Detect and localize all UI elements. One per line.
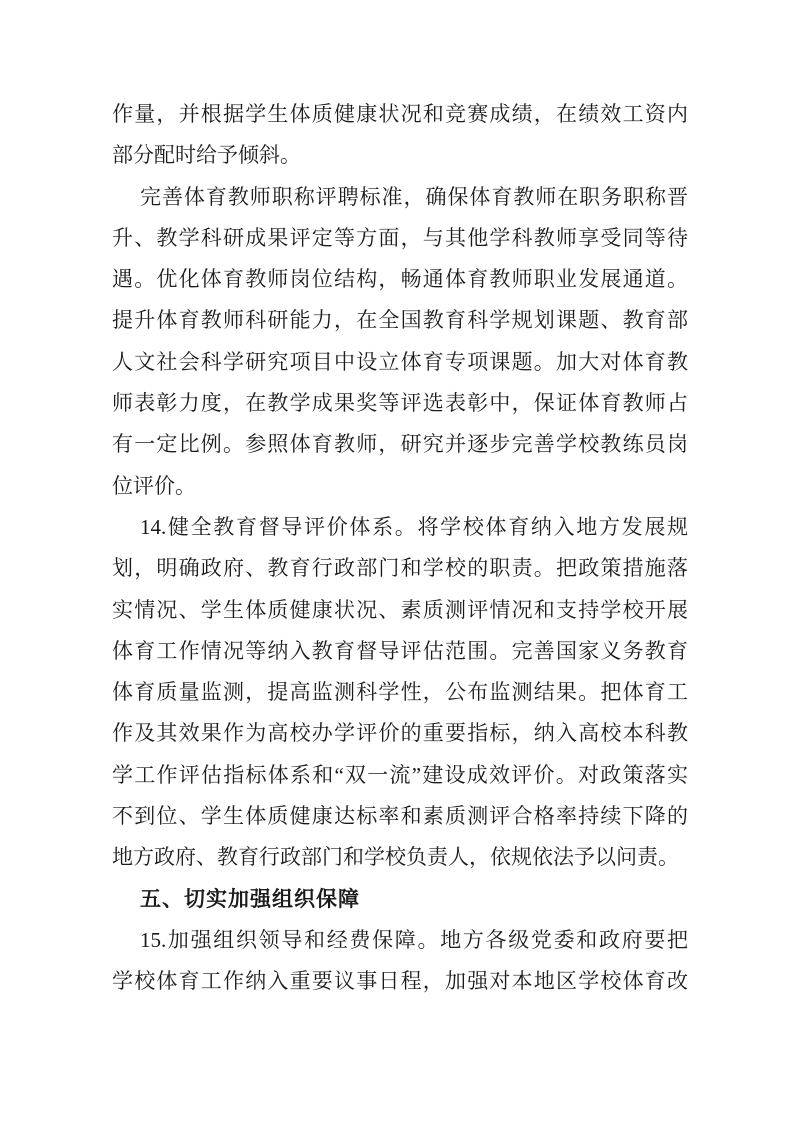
text-line: 位评价。 bbox=[112, 466, 688, 507]
document-text-block: 作量，并根据学生体质健康状况和竞赛成绩，在绩效工资内 部分配时给予倾斜。 完善体… bbox=[112, 94, 688, 1003]
text-line: 地方政府、教育行政部门和学校负责人，依规依法予以问责。 bbox=[112, 837, 688, 878]
text-line: 有一定比例。参照体育教师，研究并逐步完善学校教练员岗 bbox=[112, 424, 688, 465]
text-line: 人文社会科学研究项目中设立体育专项课题。加大对体育教 bbox=[112, 342, 688, 383]
text-line: 遇。优化体育教师岗位结构，畅通体育教师职业发展通道。 bbox=[112, 259, 688, 300]
text-line: 体育质量监测，提高监测科学性，公布监测结果。把体育工 bbox=[112, 672, 688, 713]
document-page: 作量，并根据学生体质健康状况和竞赛成绩，在绩效工资内 部分配时给予倾斜。 完善体… bbox=[0, 0, 793, 1122]
text-line: 学工作评估指标体系和“双一流”建设成效评价。对政策落实 bbox=[112, 755, 688, 796]
text-line: 师表彰力度，在教学成果奖等评选表彰中，保证体育教师占 bbox=[112, 383, 688, 424]
text-line: 完善体育教师职称评聘标准，确保体育教师在职务职称晋 bbox=[112, 177, 688, 218]
text-line: 作量，并根据学生体质健康状况和竞赛成绩，在绩效工资内 bbox=[112, 94, 688, 135]
text-line: 升、教学科研成果评定等方面，与其他学科教师享受同等待 bbox=[112, 218, 688, 259]
text-line: 划，明确政府、教育行政部门和学校的职责。把政策措施落 bbox=[112, 548, 688, 589]
text-line: 15.加强组织领导和经费保障。地方各级党委和政府要把 bbox=[112, 920, 688, 961]
section-heading: 五、切实加强组织保障 bbox=[112, 879, 688, 920]
text-line: 14.健全教育督导评价体系。将学校体育纳入地方发展规 bbox=[112, 507, 688, 548]
text-line: 实情况、学生体质健康状况、素质测评情况和支持学校开展 bbox=[112, 590, 688, 631]
text-line: 部分配时给予倾斜。 bbox=[112, 135, 688, 176]
text-line: 学校体育工作纳入重要议事日程，加强对本地区学校体育改 bbox=[112, 961, 688, 1002]
text-line: 作及其效果作为高校办学评价的重要指标，纳入高校本科教 bbox=[112, 713, 688, 754]
text-line: 不到位、学生体质健康达标率和素质测评合格率持续下降的 bbox=[112, 796, 688, 837]
text-line: 体育工作情况等纳入教育督导评估范围。完善国家义务教育 bbox=[112, 631, 688, 672]
text-line: 提升体育教师科研能力，在全国教育科学规划课题、教育部 bbox=[112, 300, 688, 341]
